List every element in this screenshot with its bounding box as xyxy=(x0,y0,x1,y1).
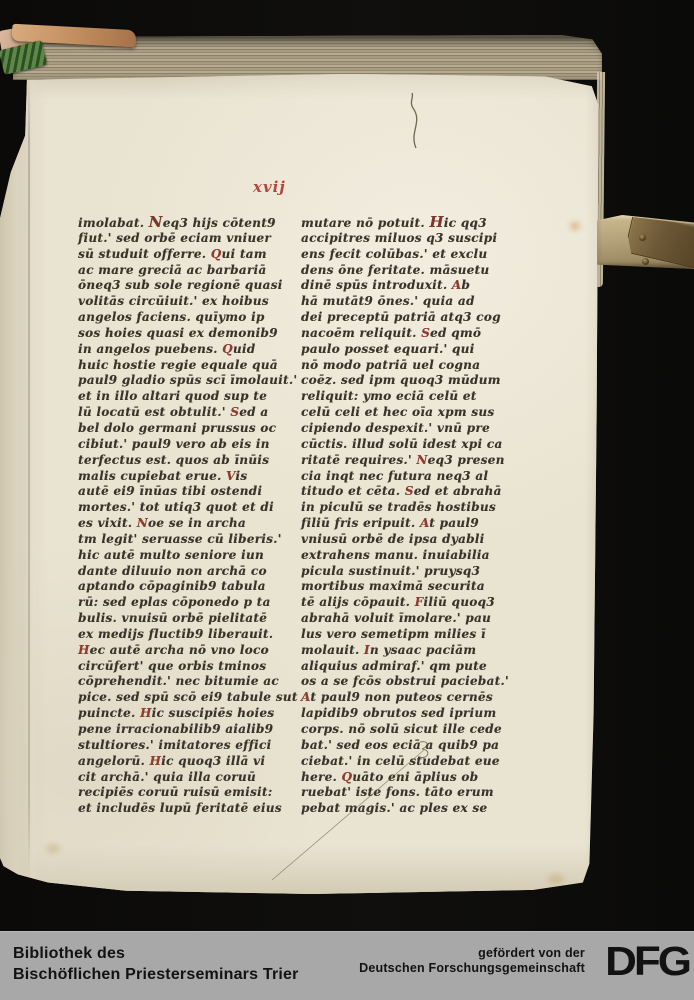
manuscript-line: dante diluuio non archā co xyxy=(78,564,299,580)
manuscript-line: celū celi et hec oīa xpm sus xyxy=(301,405,527,421)
manuscript-line: ex medijs fluctib9 liberauit. xyxy=(78,627,299,643)
manuscript-line: terfectus est. quos ab īnūis xyxy=(78,453,299,469)
credit-footer-bar: Bibliothek des Bischöflichen Priestersem… xyxy=(0,931,694,1000)
manuscript-line: angelorū. Hic quoq3 illā vi xyxy=(78,754,299,770)
manuscript-line: dei preceptū patriā atq3 cog xyxy=(301,310,527,326)
manuscript-line: paulo posset equari.' qui xyxy=(301,342,527,358)
gutter-crease xyxy=(28,78,30,882)
manuscript-line: malis cupiebat erue. Vis xyxy=(78,469,299,485)
manuscript-line: angelos faciens. quīymo ip xyxy=(78,310,299,326)
manuscript-line: abrahā voluit īmolare.' pau xyxy=(301,611,527,627)
manuscript-line: lapidib9 obrutos sed iprium xyxy=(301,706,527,722)
manuscript-line: ens fecit colūbas.' et exclu xyxy=(301,247,527,263)
folio-number: xvij xyxy=(253,178,286,196)
manuscript-line: volitās circūiuit.' ex hoibus xyxy=(78,294,299,310)
manuscript-line: cūctis. illud solū idest xpi ca xyxy=(301,437,527,453)
manuscript-line: huic hostie regie equale quā xyxy=(78,358,299,374)
clasp-rivet xyxy=(642,258,649,265)
manuscript-line: sos hoies quasi ex demonib9 xyxy=(78,326,299,342)
manuscript-line: vniusū orbē de ipsa dyabli xyxy=(301,532,527,548)
manuscript-line: bat.' sed eos eciā a quib9 pa xyxy=(301,738,527,754)
manuscript-line: puincte. Hic suscipiēs hoies xyxy=(78,706,299,722)
library-credit: Bibliothek des Bischöflichen Priestersem… xyxy=(13,943,299,985)
manuscript-line: coēz. sed ipm quoq3 mūdum xyxy=(301,373,527,389)
manuscript-line: titudo et cēta. Sed et abrahā xyxy=(301,484,527,500)
manuscript-line: molauit. In ysaac paciām xyxy=(301,643,527,659)
book-clasp-strap xyxy=(597,213,694,277)
manuscript-line: imolabat. Neq3 hijs cōtent9 xyxy=(78,215,299,231)
library-credit-line1: Bibliothek des xyxy=(13,943,299,964)
manuscript-line: in piculū se tradēs hostibus xyxy=(301,500,527,516)
manuscript-line: recipiēs coruū ruisū emisit: xyxy=(78,785,299,801)
dfg-logo: DFG xyxy=(605,945,689,980)
manuscript-column-right: mutare nō potuit. Hic qq3accipitres milu… xyxy=(301,215,527,817)
manuscript-line: circūfert' que orbis tminos xyxy=(78,659,299,675)
parchment-stain xyxy=(570,222,580,230)
clasp-rivet xyxy=(639,234,646,241)
manuscript-line: cit archā.' quia illa coruū xyxy=(78,770,299,786)
manuscript-line: corps. nō solū sicut ille cede xyxy=(301,722,527,738)
manuscript-line: filiū fris eripuit. At paul9 xyxy=(301,516,527,532)
funding-credit: gefördert von der Deutschen Forschungsge… xyxy=(359,946,585,976)
manuscript-line: dens ōne feritate. māsuetu xyxy=(301,263,527,279)
manuscript-line: pene irracionabilib9 aialib9 xyxy=(78,722,299,738)
manuscript-line: mortibus maximā securita xyxy=(301,579,527,595)
manuscript-line: fiut.' sed orbē eciam vniuer xyxy=(78,231,299,247)
manuscript-line: in angelos puebens. Quid xyxy=(78,342,299,358)
manuscript-line: nō modo patriā uel cogna xyxy=(301,358,527,374)
manuscript-line: ac mare greciā ac barbariā xyxy=(78,263,299,279)
manuscript-line: ritatē requires.' Neq3 presen xyxy=(301,453,527,469)
manuscript-line: es vixit. Noe se in archa xyxy=(78,516,299,532)
manuscript-line: ciebat.' in celū studebat eue xyxy=(301,754,527,770)
manuscript-line: ruebat' iste fons. tāto erum xyxy=(301,785,527,801)
manuscript-line: autē ei9 īnūas tibi ostendi xyxy=(78,484,299,500)
manuscript-line: dinē spūs introduxit. Ab xyxy=(301,278,527,294)
manuscript-line: rū: sed eplas cōponedo p ta xyxy=(78,595,299,611)
manuscript-line: stultiores.' imitatores effici xyxy=(78,738,299,754)
manuscript-line: ōneq3 sub sole regionē quasi xyxy=(78,278,299,294)
manuscript-line: lū locatū est obtulit.' Sed a xyxy=(78,405,299,421)
manuscript-line: bulis. vnuisū orbē pielitatē xyxy=(78,611,299,627)
manuscript-line: mutare nō potuit. Hic qq3 xyxy=(301,215,527,231)
manuscript-line: accipitres miluos q3 suscipi xyxy=(301,231,527,247)
manuscript-line: et in illo altari quod sup te xyxy=(78,389,299,405)
manuscript-line: reliquit: ymo eciā celū et xyxy=(301,389,527,405)
manuscript-line: cibiut.' paul9 vero ab eis in xyxy=(78,437,299,453)
library-credit-line2: Bischöflichen Priesterseminars Trier xyxy=(13,964,299,985)
manuscript-line: lus vero semetipm milies ī xyxy=(301,627,527,643)
manuscript-column-left: imolabat. Neq3 hijs cōtent9fiut.' sed or… xyxy=(78,215,299,817)
manuscript-line: picula sustinuit.' pruysq3 xyxy=(301,564,527,580)
digitization-frame: xvij imolabat. Neq3 hijs cōtent9fiut.' s… xyxy=(0,0,694,1000)
manuscript-line: cipiendo despexit.' vnū pre xyxy=(301,421,527,437)
manuscript-line: os a se fcōs obstrui paciebat.' xyxy=(301,674,527,690)
manuscript-line: At paul9 non puteos cernēs xyxy=(301,690,527,706)
book-photo: xvij imolabat. Neq3 hijs cōtent9fiut.' s… xyxy=(0,0,694,932)
manuscript-line: Hec autē archa nō vno loco xyxy=(78,643,299,659)
manuscript-line: aliquius admiraf.' qm pute xyxy=(301,659,527,675)
parchment-stain xyxy=(548,874,564,884)
manuscript-line: tē alijs cōpauit. Filiū quoq3 xyxy=(301,595,527,611)
parchment-page: xvij imolabat. Neq3 hijs cōtent9fiut.' s… xyxy=(0,74,599,894)
manuscript-line: cōprehendit.' nec bitumie ac xyxy=(78,674,299,690)
manuscript-line: here. Quāto eni āplius ob xyxy=(301,770,527,786)
manuscript-line: tm legit' seruasse cū liberis.' xyxy=(78,532,299,548)
funding-credit-line1: gefördert von der xyxy=(359,946,585,961)
manuscript-line: sū studuit offerre. Qui tam xyxy=(78,247,299,263)
manuscript-line: bel dolo germani prussus oc xyxy=(78,421,299,437)
manuscript-line: pebat magis.' ac ples ex se xyxy=(301,801,527,817)
manuscript-line: hā mutāt9 ōnes.' quia ad xyxy=(301,294,527,310)
manuscript-line: et includēs lupū feritatē eius xyxy=(78,801,299,817)
manuscript-line: pice. sed spū scō ei9 tabule sut xyxy=(78,690,299,706)
manuscript-line: aptando cōpaginib9 tabula xyxy=(78,579,299,595)
manuscript-line: nacoēm reliquit. Sed qmō xyxy=(301,326,527,342)
parchment-stain xyxy=(46,844,60,853)
manuscript-line: extrahens manu. inuiabilia xyxy=(301,548,527,564)
manuscript-line: paul9 gladio spūs scī īmolauit.' xyxy=(78,373,299,389)
manuscript-line: mortes.' tot utiq3 quot et di xyxy=(78,500,299,516)
manuscript-line: cia inqt nec futura neq3 al xyxy=(301,469,527,485)
manuscript-line: hic autē multo seniore iun xyxy=(78,548,299,564)
funding-credit-line2: Deutschen Forschungsgemeinschaft xyxy=(359,961,585,976)
